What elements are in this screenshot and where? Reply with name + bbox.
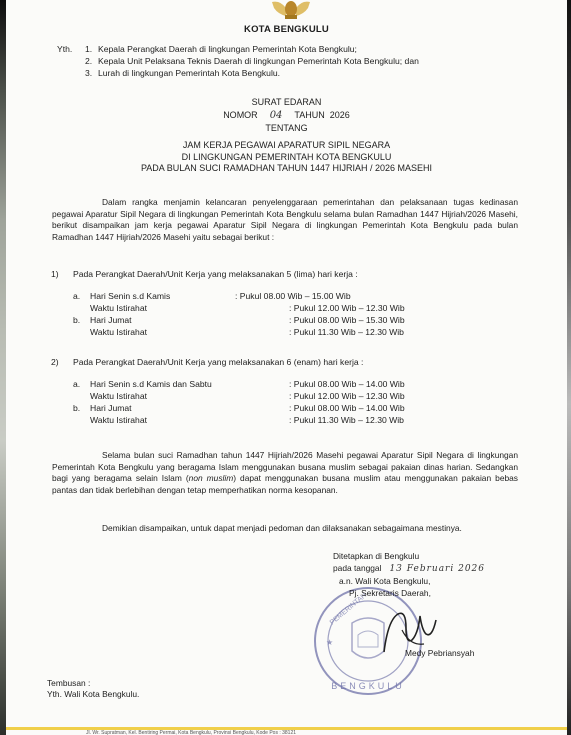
intro-paragraph: Dalam rangka menjamin kelancaran penyele…: [52, 197, 518, 243]
footer-address: Jl. Wr. Supratman, Kel. Bentiring Permai…: [86, 730, 296, 735]
dress-code-paragraph: Selama bulan suci Ramadhan tahun 1447 Hi…: [52, 450, 518, 496]
addressee-list: 1.Kepala Perangkat Daerah di lingkungan …: [85, 43, 419, 79]
signatory-name: Medy Pebriansyah: [405, 648, 474, 658]
svg-text:BENGKULU: BENGKULU: [331, 681, 405, 691]
svg-text:★: ★: [326, 638, 333, 647]
letter-number: NOMOR04TAHUN 2026: [6, 110, 567, 121]
addressee-label: Yth.: [57, 43, 72, 55]
signature-block: Ditetapkan di Bengkulu pada tanggal13 Fe…: [333, 550, 485, 599]
addressee-item: 3.Lurah di lingkungan Pemerintah Kota Be…: [85, 67, 419, 79]
section-heading: 2)Pada Perangkat Daerah/Unit Kerja yang …: [51, 357, 363, 367]
addressee-item: 1.Kepala Perangkat Daerah di lingkungan …: [85, 43, 419, 55]
letter-number-handwritten: 04: [270, 110, 283, 121]
letter-subject: JAM KERJA PEGAWAI APARATUR SIPIL NEGARA …: [6, 140, 567, 175]
closing-paragraph: Demikian disampaikan, untuk dapat menjad…: [52, 523, 518, 535]
document-page: KOTA BENGKULU Yth. 1.Kepala Perangkat Da…: [6, 0, 567, 735]
garuda-emblem-icon: [268, 0, 314, 20]
letter-type: SURAT EDARAN: [6, 97, 567, 107]
city-header: KOTA BENGKULU: [6, 24, 567, 35]
copy-to-block: Tembusan : Yth. Wali Kota Bengkulu.: [47, 678, 139, 700]
section-heading: 1)Pada Perangkat Daerah/Unit Kerja yang …: [51, 269, 358, 279]
addressee-item: 2.Kepala Unit Pelaksana Teknis Daerah di…: [85, 55, 419, 67]
photo-background-right: [567, 0, 571, 735]
handwritten-date: 13 Februari 2026: [389, 564, 485, 574]
letter-about-label: TENTANG: [6, 123, 567, 133]
